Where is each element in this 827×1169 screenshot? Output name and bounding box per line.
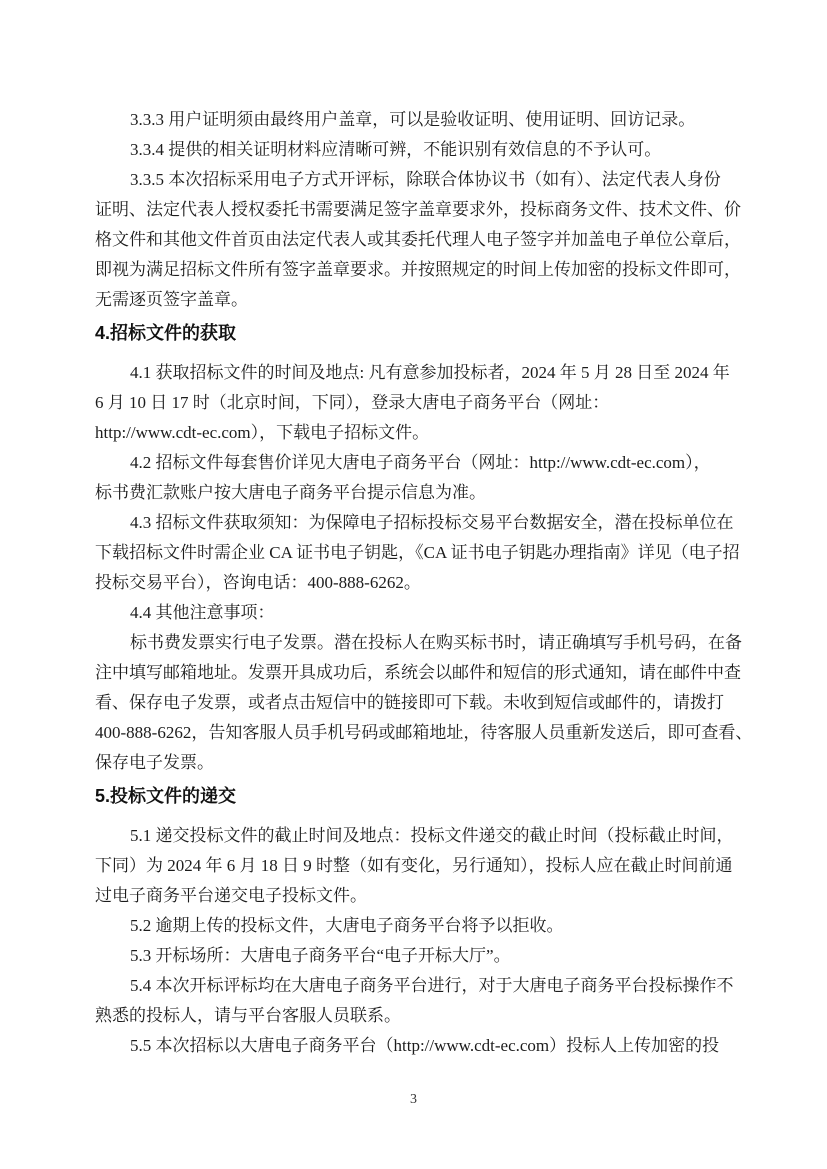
text-line: 无需逐页签字盖章。 <box>95 285 739 315</box>
text-line: 下同）为 2024 年 6 月 18 日 9 时整（如有变化，另行通知），投标人… <box>95 851 739 881</box>
text-line: 即视为满足招标文件所有签字盖章要求。并按照规定的时间上传加密的投标文件即可， <box>95 255 739 285</box>
paragraph: 5.1 递交投标文件的截止时间及地点：投标文件递交的截止时间（投标截止时间，下同… <box>95 821 739 911</box>
text-line: 看、保存电子发票，或者点击短信中的链接即可下载。未收到短信或邮件的，请拨打 <box>95 688 739 718</box>
text-line: 证明、法定代表人授权委托书需要满足签字盖章要求外，投标商务文件、技术文件、价 <box>95 195 739 225</box>
document-body: 3.3.3 用户证明须由最终用户盖章，可以是验收证明、使用证明、回访记录。3.3… <box>95 105 739 1061</box>
section-heading: 4.招标文件的获取 <box>95 318 739 348</box>
text-line: 3.3.4 提供的相关证明材料应清晰可辨，不能识别有效信息的不予认可。 <box>95 135 739 165</box>
text-line: 3.3.3 用户证明须由最终用户盖章，可以是验收证明、使用证明、回访记录。 <box>95 105 739 135</box>
text-line: 4.1 获取招标文件的时间及地点: 凡有意参加投标者，2024 年 5 月 28… <box>95 358 739 388</box>
paragraph: 3.3.3 用户证明须由最终用户盖章，可以是验收证明、使用证明、回访记录。 <box>95 105 739 135</box>
text-line: 过电子商务平台递交电子投标文件。 <box>95 881 739 911</box>
text-line: 400-888-6262，告知客服人员手机号码或邮箱地址，待客服人员重新发送后，… <box>95 718 739 748</box>
section-heading: 5.投标文件的递交 <box>95 781 739 811</box>
text-line: 5.2 逾期上传的投标文件，大唐电子商务平台将予以拒收。 <box>95 911 739 941</box>
document-page: 3.3.3 用户证明须由最终用户盖章，可以是验收证明、使用证明、回访记录。3.3… <box>0 0 827 1169</box>
text-line: 5.1 递交投标文件的截止时间及地点：投标文件递交的截止时间（投标截止时间， <box>95 821 739 851</box>
text-line: 4.2 招标文件每套售价详见大唐电子商务平台（网址：http://www.cdt… <box>95 448 739 478</box>
text-line: 标书费发票实行电子发票。潜在投标人在购买标书时，请正确填写手机号码，在备 <box>95 628 739 658</box>
paragraph: 5.3 开标场所：大唐电子商务平台“电子开标大厅”。 <box>95 941 739 971</box>
paragraph: 4.3 招标文件获取须知：为保障电子招标投标交易平台数据安全，潜在投标单位在下载… <box>95 508 739 598</box>
text-line: 3.3.5 本次招标采用电子方式开评标，除联合体协议书（如有）、法定代表人身份 <box>95 165 739 195</box>
text-line: 5.5 本次招标以大唐电子商务平台（http://www.cdt-ec.com）… <box>95 1031 739 1061</box>
text-line: 4.3 招标文件获取须知：为保障电子招标投标交易平台数据安全，潜在投标单位在 <box>95 508 739 538</box>
text-line: 保存电子发票。 <box>95 748 739 778</box>
paragraph: 标书费发票实行电子发票。潜在投标人在购买标书时，请正确填写手机号码，在备注中填写… <box>95 628 739 778</box>
text-line: 5.3 开标场所：大唐电子商务平台“电子开标大厅”。 <box>95 941 739 971</box>
page-number: 3 <box>410 1092 417 1107</box>
text-line: 下载招标文件时需企业 CA 证书电子钥匙，《CA 证书电子钥匙办理指南》详见（电… <box>95 538 739 568</box>
paragraph: 5.5 本次招标以大唐电子商务平台（http://www.cdt-ec.com）… <box>95 1031 739 1061</box>
paragraph: 4.2 招标文件每套售价详见大唐电子商务平台（网址：http://www.cdt… <box>95 448 739 508</box>
text-line: 标书费汇款账户按大唐电子商务平台提示信息为准。 <box>95 478 739 508</box>
text-line: 投标交易平台），咨询电话：400-888-6262。 <box>95 568 739 598</box>
text-line: 5.4 本次开标评标均在大唐电子商务平台进行，对于大唐电子商务平台投标操作不 <box>95 971 739 1001</box>
text-line: 注中填写邮箱地址。发票开具成功后，系统会以邮件和短信的形式通知，请在邮件中查 <box>95 658 739 688</box>
paragraph: 5.2 逾期上传的投标文件，大唐电子商务平台将予以拒收。 <box>95 911 739 941</box>
text-line: 6 月 10 日 17 时（北京时间，下同），登录大唐电子商务平台（网址： <box>95 388 739 418</box>
text-line: http://www.cdt-ec.com），下载电子招标文件。 <box>95 418 739 448</box>
paragraph: 3.3.4 提供的相关证明材料应清晰可辨，不能识别有效信息的不予认可。 <box>95 135 739 165</box>
page-footer: 3 <box>0 1090 827 1108</box>
paragraph: 4.4 其他注意事项： <box>95 598 739 628</box>
paragraph: 4.1 获取招标文件的时间及地点: 凡有意参加投标者，2024 年 5 月 28… <box>95 358 739 448</box>
text-line: 格文件和其他文件首页由法定代表人或其委托代理人电子签字并加盖电子单位公章后， <box>95 225 739 255</box>
paragraph: 3.3.5 本次招标采用电子方式开评标，除联合体协议书（如有）、法定代表人身份证… <box>95 165 739 315</box>
text-line: 熟悉的投标人，请与平台客服人员联系。 <box>95 1001 739 1031</box>
text-line: 4.4 其他注意事项： <box>95 598 739 628</box>
paragraph: 5.4 本次开标评标均在大唐电子商务平台进行，对于大唐电子商务平台投标操作不熟悉… <box>95 971 739 1031</box>
